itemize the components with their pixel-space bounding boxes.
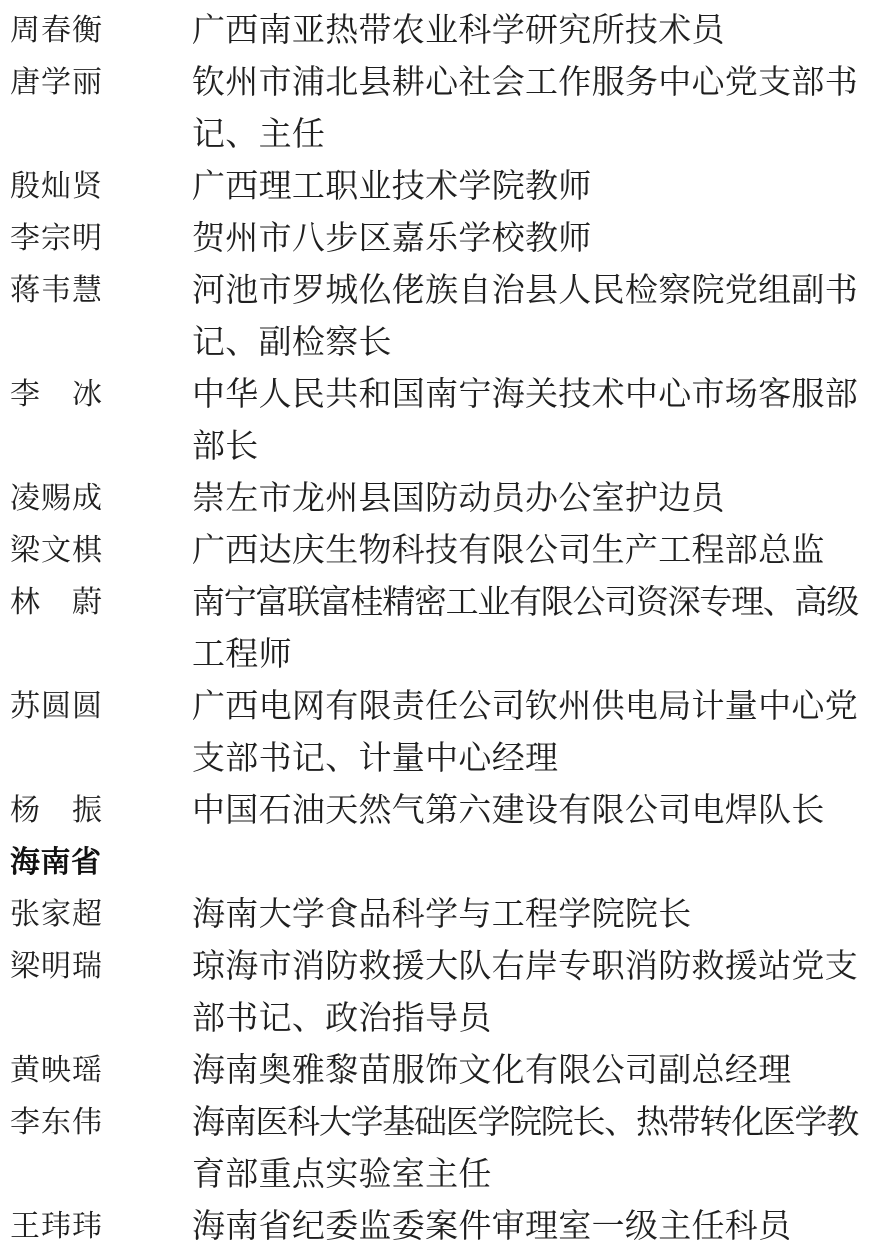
person-title: 贺州市八步区嘉乐学校教师 <box>192 213 868 265</box>
title-line: 河池市罗城仫佬族自治县人民检察院党组副书 <box>192 265 868 317</box>
person-title: 广西电网有限责任公司钦州供电局计量中心党支部书记、计量中心经理 <box>192 681 868 785</box>
title-line: 广西达庆生物科技有限公司生产工程部总监 <box>192 525 868 577</box>
person-name: 王玮玮 <box>10 1201 106 1248</box>
honoree-name-title-list: 周春衡 广西南亚热带农业科学研究所技术员 唐学丽 钦州市浦北县耕心社会工作服务中… <box>0 5 874 1248</box>
list-entry: 李东伟 海南医科大学基础医学院院长、热带转化医学教育部重点实验室主任 <box>0 1097 874 1201</box>
list-entry: 苏圆圆 广西电网有限责任公司钦州供电局计量中心党支部书记、计量中心经理 <box>0 681 874 785</box>
person-name: 周春衡 <box>10 5 106 57</box>
document-page: 周春衡 广西南亚热带农业科学研究所技术员 唐学丽 钦州市浦北县耕心社会工作服务中… <box>0 0 874 1248</box>
title-line: 琼海市消防救援大队右岸专职消防救援站党支 <box>192 941 868 993</box>
title-line: 记、副检察长 <box>192 317 868 369</box>
list-entry: 王玮玮 海南省纪委监委案件审理室一级主任科员 <box>0 1201 874 1248</box>
person-title: 广西理工职业技术学院教师 <box>192 161 868 213</box>
list-entry: 黄映瑶 海南奥雅黎苗服饰文化有限公司副总经理 <box>0 1045 874 1097</box>
person-title: 南宁富联富桂精密工业有限公司资深专理、高级工程师 <box>192 577 868 681</box>
title-line: 广西电网有限责任公司钦州供电局计量中心党 <box>192 681 868 733</box>
person-title: 琼海市消防救援大队右岸专职消防救援站党支部书记、政治指导员 <box>192 941 868 1045</box>
person-name: 李宗明 <box>10 213 106 265</box>
title-line: 海南省纪委监委案件审理室一级主任科员 <box>192 1201 868 1248</box>
title-line: 海南奥雅黎苗服饰文化有限公司副总经理 <box>192 1045 868 1097</box>
person-title: 河池市罗城仫佬族自治县人民检察院党组副书记、副检察长 <box>192 265 868 369</box>
title-line: 工程师 <box>192 629 868 681</box>
title-line: 中国石油天然气第六建设有限公司电焊队长 <box>192 785 868 837</box>
person-name: 林 蔚 <box>10 577 106 629</box>
section-header: 海南省 <box>10 837 102 889</box>
list-entry: 凌赐成 崇左市龙州县国防动员办公室护边员 <box>0 473 874 525</box>
person-name: 殷灿贤 <box>10 161 106 213</box>
title-line: 崇左市龙州县国防动员办公室护边员 <box>192 473 868 525</box>
person-name: 苏圆圆 <box>10 681 106 733</box>
person-name: 黄映瑶 <box>10 1045 106 1097</box>
title-line: 海南医科大学基础医学院院长、热带转化医学教 <box>192 1097 868 1149</box>
person-name: 李 冰 <box>10 369 106 421</box>
person-title: 崇左市龙州县国防动员办公室护边员 <box>192 473 868 525</box>
person-title: 中华人民共和国南宁海关技术中心市场客服部部长 <box>192 369 868 473</box>
title-line: 钦州市浦北县耕心社会工作服务中心党支部书 <box>192 57 868 109</box>
section-header-row: 海南省 <box>0 837 874 889</box>
title-line: 中华人民共和国南宁海关技术中心市场客服部 <box>192 369 868 421</box>
person-name: 杨 振 <box>10 785 106 837</box>
title-line: 贺州市八步区嘉乐学校教师 <box>192 213 868 265</box>
title-line: 育部重点实验室主任 <box>192 1149 868 1201</box>
title-line: 南宁富联富桂精密工业有限公司资深专理、高级 <box>192 577 868 629</box>
person-name: 唐学丽 <box>10 57 106 109</box>
list-entry: 李宗明 贺州市八步区嘉乐学校教师 <box>0 213 874 265</box>
person-title: 海南奥雅黎苗服饰文化有限公司副总经理 <box>192 1045 868 1097</box>
person-title: 中国石油天然气第六建设有限公司电焊队长 <box>192 785 868 837</box>
list-entry: 周春衡 广西南亚热带农业科学研究所技术员 <box>0 5 874 57</box>
person-name: 蒋韦慧 <box>10 265 106 317</box>
title-line: 部长 <box>192 421 868 473</box>
person-name: 张家超 <box>10 889 106 941</box>
person-title: 海南医科大学基础医学院院长、热带转化医学教育部重点实验室主任 <box>192 1097 868 1201</box>
person-title: 海南省纪委监委案件审理室一级主任科员 <box>192 1201 868 1248</box>
list-entry: 梁文棋 广西达庆生物科技有限公司生产工程部总监 <box>0 525 874 577</box>
person-title: 广西达庆生物科技有限公司生产工程部总监 <box>192 525 868 577</box>
person-name: 凌赐成 <box>10 473 106 525</box>
list-entry: 张家超 海南大学食品科学与工程学院院长 <box>0 889 874 941</box>
list-entry: 蒋韦慧 河池市罗城仫佬族自治县人民检察院党组副书记、副检察长 <box>0 265 874 369</box>
title-line: 支部书记、计量中心经理 <box>192 733 868 785</box>
list-entry: 李 冰 中华人民共和国南宁海关技术中心市场客服部部长 <box>0 369 874 473</box>
list-entry: 杨 振 中国石油天然气第六建设有限公司电焊队长 <box>0 785 874 837</box>
list-entry: 唐学丽 钦州市浦北县耕心社会工作服务中心党支部书记、主任 <box>0 57 874 161</box>
list-entry: 林 蔚 南宁富联富桂精密工业有限公司资深专理、高级工程师 <box>0 577 874 681</box>
title-line: 部书记、政治指导员 <box>192 993 868 1045</box>
person-title: 海南大学食品科学与工程学院院长 <box>192 889 868 941</box>
title-line: 广西南亚热带农业科学研究所技术员 <box>192 5 868 57</box>
person-name: 梁文棋 <box>10 525 106 577</box>
list-entry: 梁明瑞 琼海市消防救援大队右岸专职消防救援站党支部书记、政治指导员 <box>0 941 874 1045</box>
title-line: 记、主任 <box>192 109 868 161</box>
person-title: 钦州市浦北县耕心社会工作服务中心党支部书记、主任 <box>192 57 868 161</box>
list-entry: 殷灿贤 广西理工职业技术学院教师 <box>0 161 874 213</box>
person-name: 梁明瑞 <box>10 941 106 993</box>
person-name: 李东伟 <box>10 1097 106 1149</box>
title-line: 海南大学食品科学与工程学院院长 <box>192 889 868 941</box>
person-title: 广西南亚热带农业科学研究所技术员 <box>192 5 868 57</box>
title-line: 广西理工职业技术学院教师 <box>192 161 868 213</box>
